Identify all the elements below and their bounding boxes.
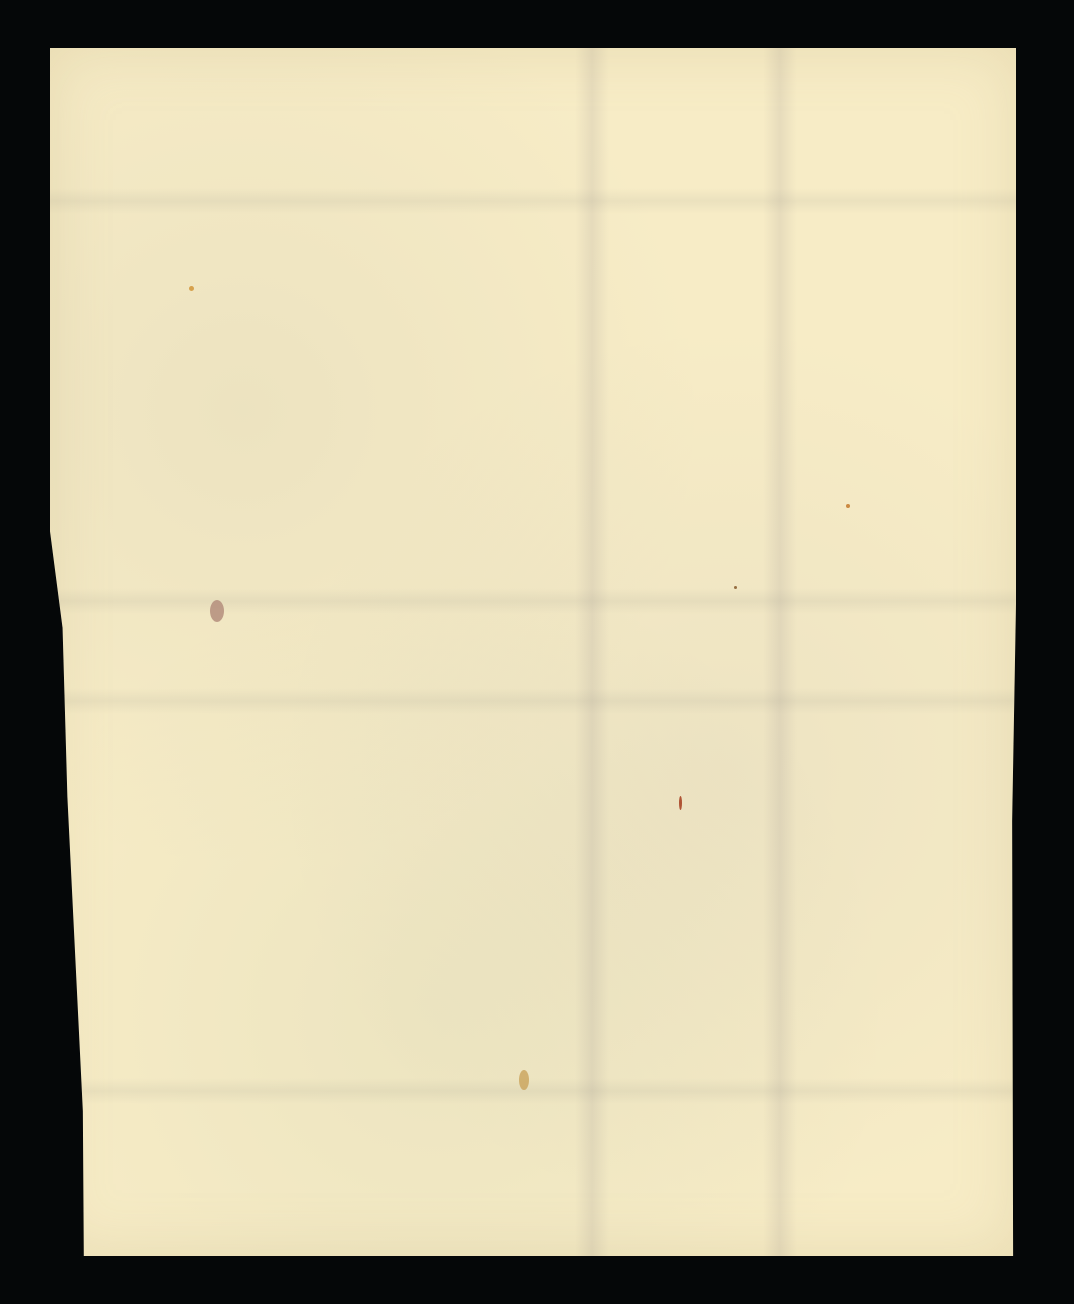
stain-spot: [519, 1070, 529, 1090]
show-through-column: [575, 48, 609, 1256]
stain-spot: [210, 600, 224, 622]
show-through-column: [763, 48, 797, 1256]
show-through-row: [50, 188, 1016, 214]
stamp-sheet-back: [50, 48, 1016, 1256]
show-through-row: [50, 588, 1016, 614]
stain-spot: [846, 504, 850, 508]
show-through-row: [50, 1078, 1016, 1104]
show-through-row: [50, 688, 1016, 714]
stain-spot: [189, 286, 194, 291]
stain-spot: [734, 586, 737, 589]
stain-spot: [679, 796, 682, 810]
paper-texture: [50, 48, 1016, 1256]
